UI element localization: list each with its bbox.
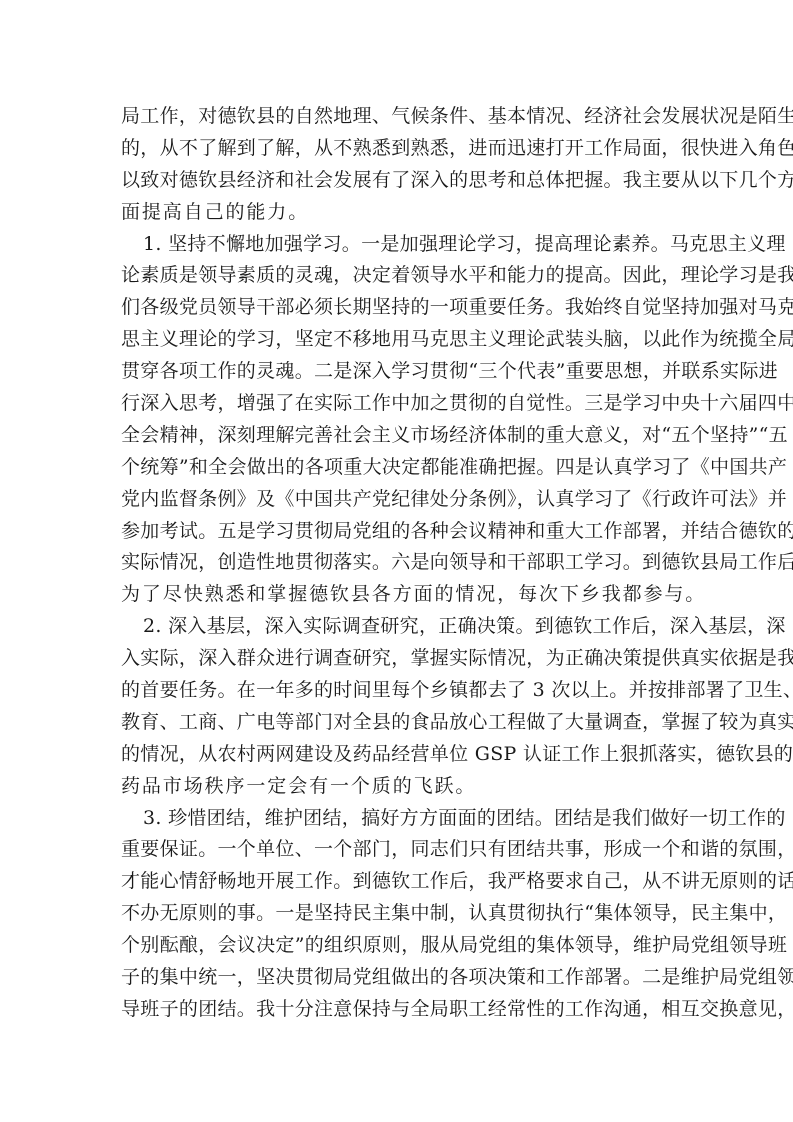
text-line: 们各级党员领导干部必须长期坚持的一项重要任务。我始终自觉坚持加强对马克 xyxy=(121,292,672,324)
text-line: 论素质是领导素质的灵魂，决定着领导水平和能力的提高。因此，理论学习是我 xyxy=(121,260,672,292)
paragraph-point-2: 2. 深入基层，深入实际调查研究，正确决策。到德钦工作后，深入基层，深 入实际，… xyxy=(121,611,675,802)
text-line: 子的集中统一，坚决贯彻局党组做出的各项决策和工作部署。二是维护局党组领 xyxy=(121,962,672,994)
text-line: 教育、工商、广电等部门对全县的食品放心工程做了大量调查，掌握了较为真实 xyxy=(121,707,672,739)
text-line: 3. 珍惜团结，维护团结，搞好方方面面的团结。团结是我们做好一切工作的 xyxy=(121,803,672,835)
text-line: 入实际，深入群众进行调查研究，掌握实际情况，为正确决策提供真实依据是我 xyxy=(121,643,672,675)
text-line: 的情况，从农村两网建设及药品经营单位 GSP 认证工作上狠抓落实，德钦县的 xyxy=(121,739,672,771)
text-line: 的，从不了解到了解，从不熟悉到熟悉，进而迅速打开工作局面，很快进入角色， xyxy=(121,133,672,165)
text-line: 实际情况，创造性地贯彻落实。六是向领导和干部职工学习。到德钦县局工作后， xyxy=(121,547,672,579)
text-line: 2. 深入基层，深入实际调查研究，正确决策。到德钦工作后，深入基层，深 xyxy=(121,611,672,643)
text-line: 不办无原则的事。一是坚持民主集中制，认真贯彻执行“集体领导，民主集中， xyxy=(121,898,672,930)
text-line: 药品市场秩序一定会有一个质的飞跃。 xyxy=(121,771,672,803)
paragraph-intro-continued: 局工作，对德钦县的自然地理、气候条件、基本情况、经济社会发展状况是陌生 的，从不… xyxy=(121,101,675,229)
text-line: 面提高自己的能力。 xyxy=(121,197,672,229)
text-line: 全会精神，深刻理解完善社会主义市场经济体制的重大意义，对“五个坚持”“五 xyxy=(121,420,672,452)
paragraph-point-3: 3. 珍惜团结，维护团结，搞好方方面面的团结。团结是我们做好一切工作的 重要保证… xyxy=(121,803,675,1026)
document-body: 局工作，对德钦县的自然地理、气候条件、基本情况、经济社会发展状况是陌生 的，从不… xyxy=(121,101,675,1026)
text-line: 重要保证。一个单位、一个部门，同志们只有团结共事，形成一个和谐的氛围， xyxy=(121,834,672,866)
text-line: 党内监督条例》及《中国共产党纪律处分条例》，认真学习了《行政许可法》并 xyxy=(121,484,672,516)
text-line: 局工作，对德钦县的自然地理、气候条件、基本情况、经济社会发展状况是陌生 xyxy=(121,101,672,133)
text-line: 1. 坚持不懈地加强学习。一是加强理论学习，提高理论素养。马克思主义理 xyxy=(121,229,672,261)
text-line: 行深入思考，增强了在实际工作中加之贯彻的自觉性。三是学习中央十六届四中 xyxy=(121,388,672,420)
text-line: 的首要任务。在一年多的时间里每个乡镇都去了 3 次以上。并按排部署了卫生、 xyxy=(121,675,672,707)
text-line: 以致对德钦县经济和社会发展有了深入的思考和总体把握。我主要从以下几个方 xyxy=(121,165,672,197)
text-line: 为了尽快熟悉和掌握德钦县各方面的情况，每次下乡我都参与。 xyxy=(121,579,672,611)
text-line: 贯穿各项工作的灵魂。二是深入学习贯彻“三个代表”重要思想，并联系实际进 xyxy=(121,356,672,388)
text-line: 导班子的团结。我十分注意保持与全局职工经常性的工作沟通，相互交换意见， xyxy=(121,994,672,1026)
text-line: 个别酝酿，会议决定”的组织原则，服从局党组的集体领导，维护局党组领导班 xyxy=(121,930,672,962)
text-line: 参加考试。五是学习贯彻局党组的各种会议精神和重大工作部署，并结合德钦的 xyxy=(121,516,672,548)
text-line: 才能心情舒畅地开展工作。到德钦工作后，我严格要求自己，从不讲无原则的话， xyxy=(121,866,672,898)
paragraph-point-1: 1. 坚持不懈地加强学习。一是加强理论学习，提高理论素养。马克思主义理 论素质是… xyxy=(121,229,675,612)
text-line: 个统筹”和全会做出的各项重大决定都能准确把握。四是认真学习了《中国共产 xyxy=(121,452,672,484)
text-line: 思主义理论的学习，坚定不移地用马克思主义理论武装头脑，以此作为统揽全局， xyxy=(121,324,672,356)
document-page: 局工作，对德钦县的自然地理、气候条件、基本情况、经济社会发展状况是陌生 的，从不… xyxy=(0,0,793,1122)
